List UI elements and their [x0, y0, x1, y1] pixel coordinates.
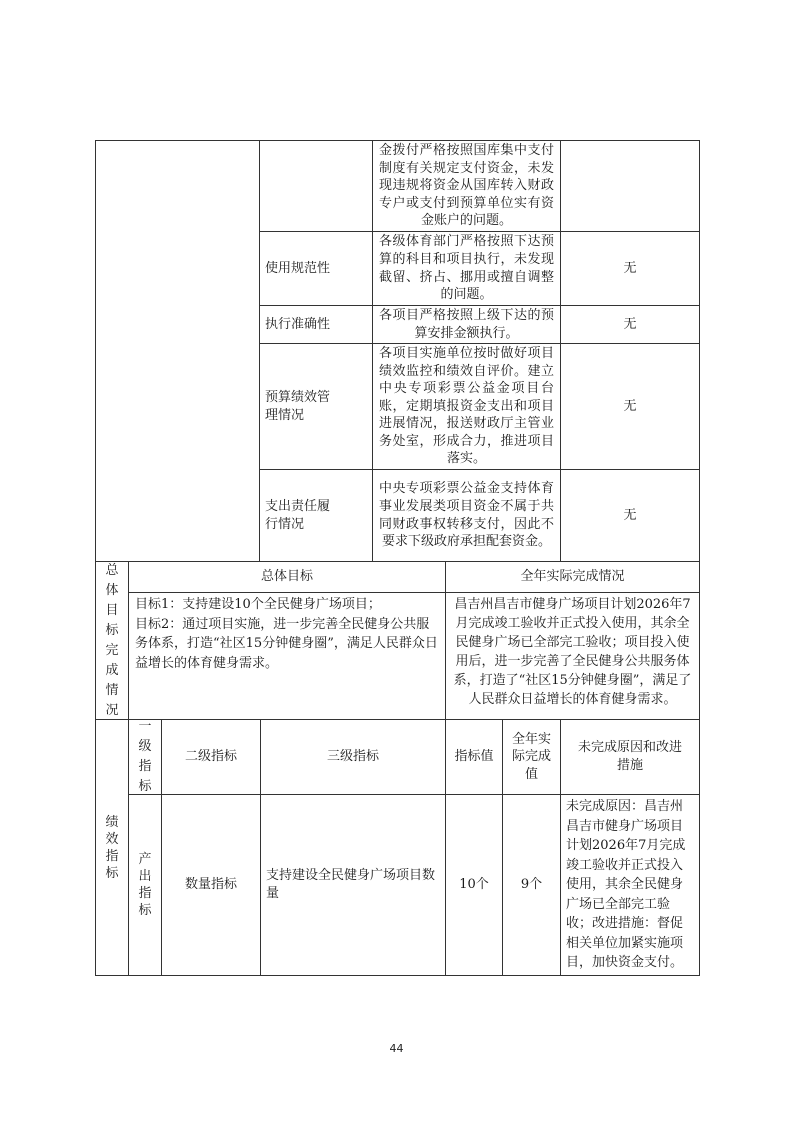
- row-level1: 产出指标: [128, 794, 162, 976]
- overall-actual-header: 全年实际完成情况: [445, 561, 700, 593]
- row-2-description: 各项目严格按照上级下达的预算安排金额执行。: [372, 305, 561, 344]
- upper-section-left-blank: [95, 140, 260, 562]
- header-level3: 三级指标: [260, 719, 446, 795]
- row-3-description: 各项目实施单位按时做好项目绩效监控和绩效自评价。建立中央专项彩票公益金项目台账，…: [372, 343, 561, 470]
- performance-section-label: 绩效指标: [95, 719, 129, 976]
- row-level2: 数量指标: [161, 794, 261, 976]
- row-1-name: 使用规范性: [259, 231, 373, 306]
- header-level2: 二级指标: [161, 719, 261, 795]
- row-target: 10个: [445, 794, 503, 976]
- header-actual: 全年实际完成值: [502, 719, 561, 795]
- row-0-description: 金拨付严格按照国库集中支付制度有关规定支付资金，未发现违规将资金从国库转入财政专…: [372, 140, 561, 232]
- row-2-name: 执行准确性: [259, 305, 373, 344]
- row-3-name: 预算绩效管理情况: [259, 343, 373, 470]
- page-number: 44: [0, 1042, 793, 1055]
- row-level3: 支持建设全民健身广场项目数量: [260, 794, 446, 976]
- document-page: 金拨付严格按照国库集中支付制度有关规定支付资金，未发现违规将资金从国库转入财政专…: [0, 0, 793, 1122]
- overall-section-label: 总体目标完成情况: [95, 561, 129, 720]
- row-4-name: 支出责任履行情况: [259, 469, 373, 562]
- row-2-issue: 无: [560, 305, 700, 344]
- row-4-description: 中央专项彩票公益金支持体育事业发展类项目资金不属于共同财政事权转移支付，因此不要…: [372, 469, 561, 562]
- header-target: 指标值: [445, 719, 503, 795]
- overall-goals-text: 目标1：支持建设10个全民健身广场项目； 目标2：通过项目实施，进一步完善全民健…: [128, 592, 446, 720]
- row-4-issue: 无: [560, 469, 700, 562]
- row-0-issue: [560, 140, 700, 232]
- header-level1: 一级指标: [128, 719, 162, 795]
- row-reason: 未完成原因：昌吉州昌吉市健身广场项目计划2026年7月完成竣工验收并正式投入使用…: [560, 794, 700, 976]
- header-reason: 未完成原因和改进措施: [560, 719, 700, 795]
- overall-goal-header: 总体目标: [128, 561, 446, 593]
- row-0-name: [259, 140, 373, 232]
- row-actual: 9个: [502, 794, 561, 976]
- row-1-description: 各级体育部门严格按照下达预算的科目和项目执行，未发现截留、挤占、挪用或擅自调整的…: [372, 231, 561, 306]
- overall-actual-text: 昌吉州昌吉市健身广场项目计划2026年7月完成竣工验收并正式投入使用，其余全民健…: [445, 592, 700, 720]
- row-1-issue: 无: [560, 231, 700, 306]
- row-3-issue: 无: [560, 343, 700, 470]
